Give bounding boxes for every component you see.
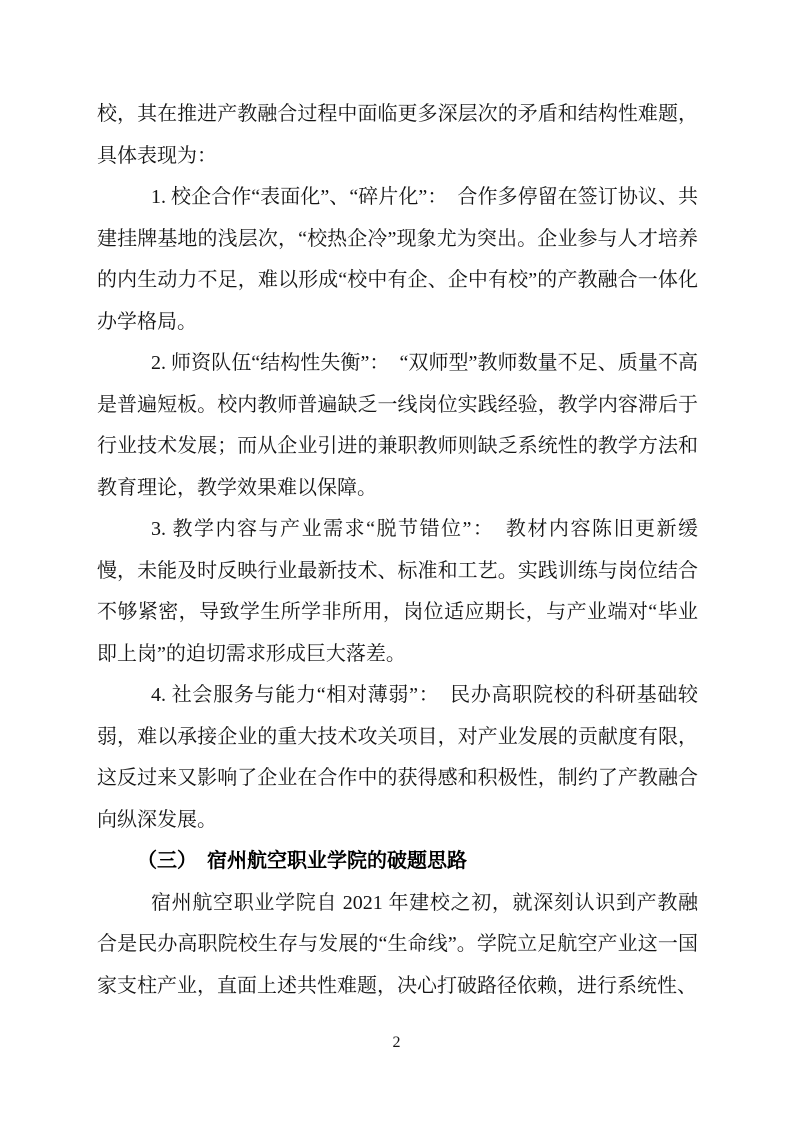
page-number: 2 [0, 1033, 793, 1053]
list-item-3: 3. 教学内容与产业需求“脱节错位”： 教材内容陈旧更新缓慢，未能及时反映行业最… [97, 509, 698, 675]
paragraph-body: 宿州航空职业学院自 2021 年建校之初，就深刻认识到产教融合是民办高职院校生存… [97, 883, 698, 1008]
list-item-2: 2. 师资队伍“结构性失衡”： “双师型”教师数量不足、质量不高是普遍短板。校内… [97, 343, 698, 509]
list-item-4: 4. 社会服务与能力“相对薄弱”： 民办高职院校的科研基础较弱，难以承接企业的重… [97, 675, 698, 841]
document-body: 校，其在推进产教融合过程中面临更多深层次的矛盾和结构性难题，具体表现为： 1. … [97, 94, 698, 1007]
paragraph-continuation: 校，其在推进产教融合过程中面临更多深层次的矛盾和结构性难题，具体表现为： [97, 94, 698, 177]
section-heading: （三） 宿州航空职业学院的破题思路 [97, 841, 698, 883]
list-item-1: 1. 校企合作“表面化”、“碎片化”： 合作多停留在签订协议、共建挂牌基地的浅层… [97, 177, 698, 343]
document-page: 校，其在推进产教融合过程中面临更多深层次的矛盾和结构性难题，具体表现为： 1. … [0, 0, 793, 1122]
